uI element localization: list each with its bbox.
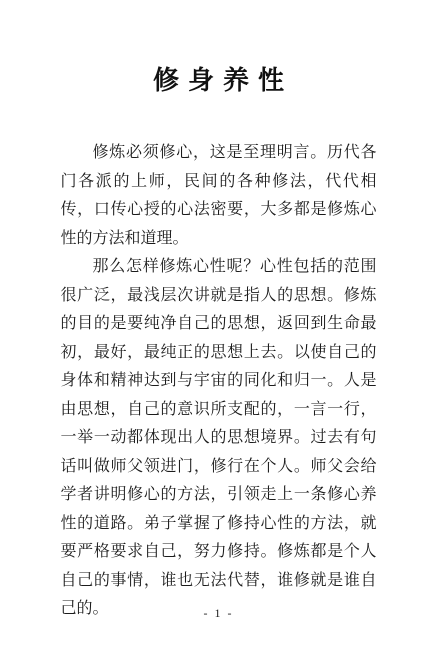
document-body: 修炼必须修心，这是至理明言。历代各门各派的上师，民间的各种修法，代代相传，口传心… bbox=[61, 139, 377, 624]
page-title: 修身养性 bbox=[0, 0, 437, 98]
body-paragraph: 修炼必须修心，这是至理明言。历代各门各派的上师，民间的各种修法，代代相传，口传心… bbox=[61, 139, 377, 253]
body-paragraph: 那么怎样修炼心性呢？心性包括的范围很广泛，最浅层次讲就是指人的思想。修炼的目的是… bbox=[61, 253, 377, 624]
document-page: 修身养性 修炼必须修心，这是至理明言。历代各门各派的上师，民间的各种修法，代代相… bbox=[0, 0, 437, 647]
page-number: - 1 - bbox=[0, 606, 437, 621]
